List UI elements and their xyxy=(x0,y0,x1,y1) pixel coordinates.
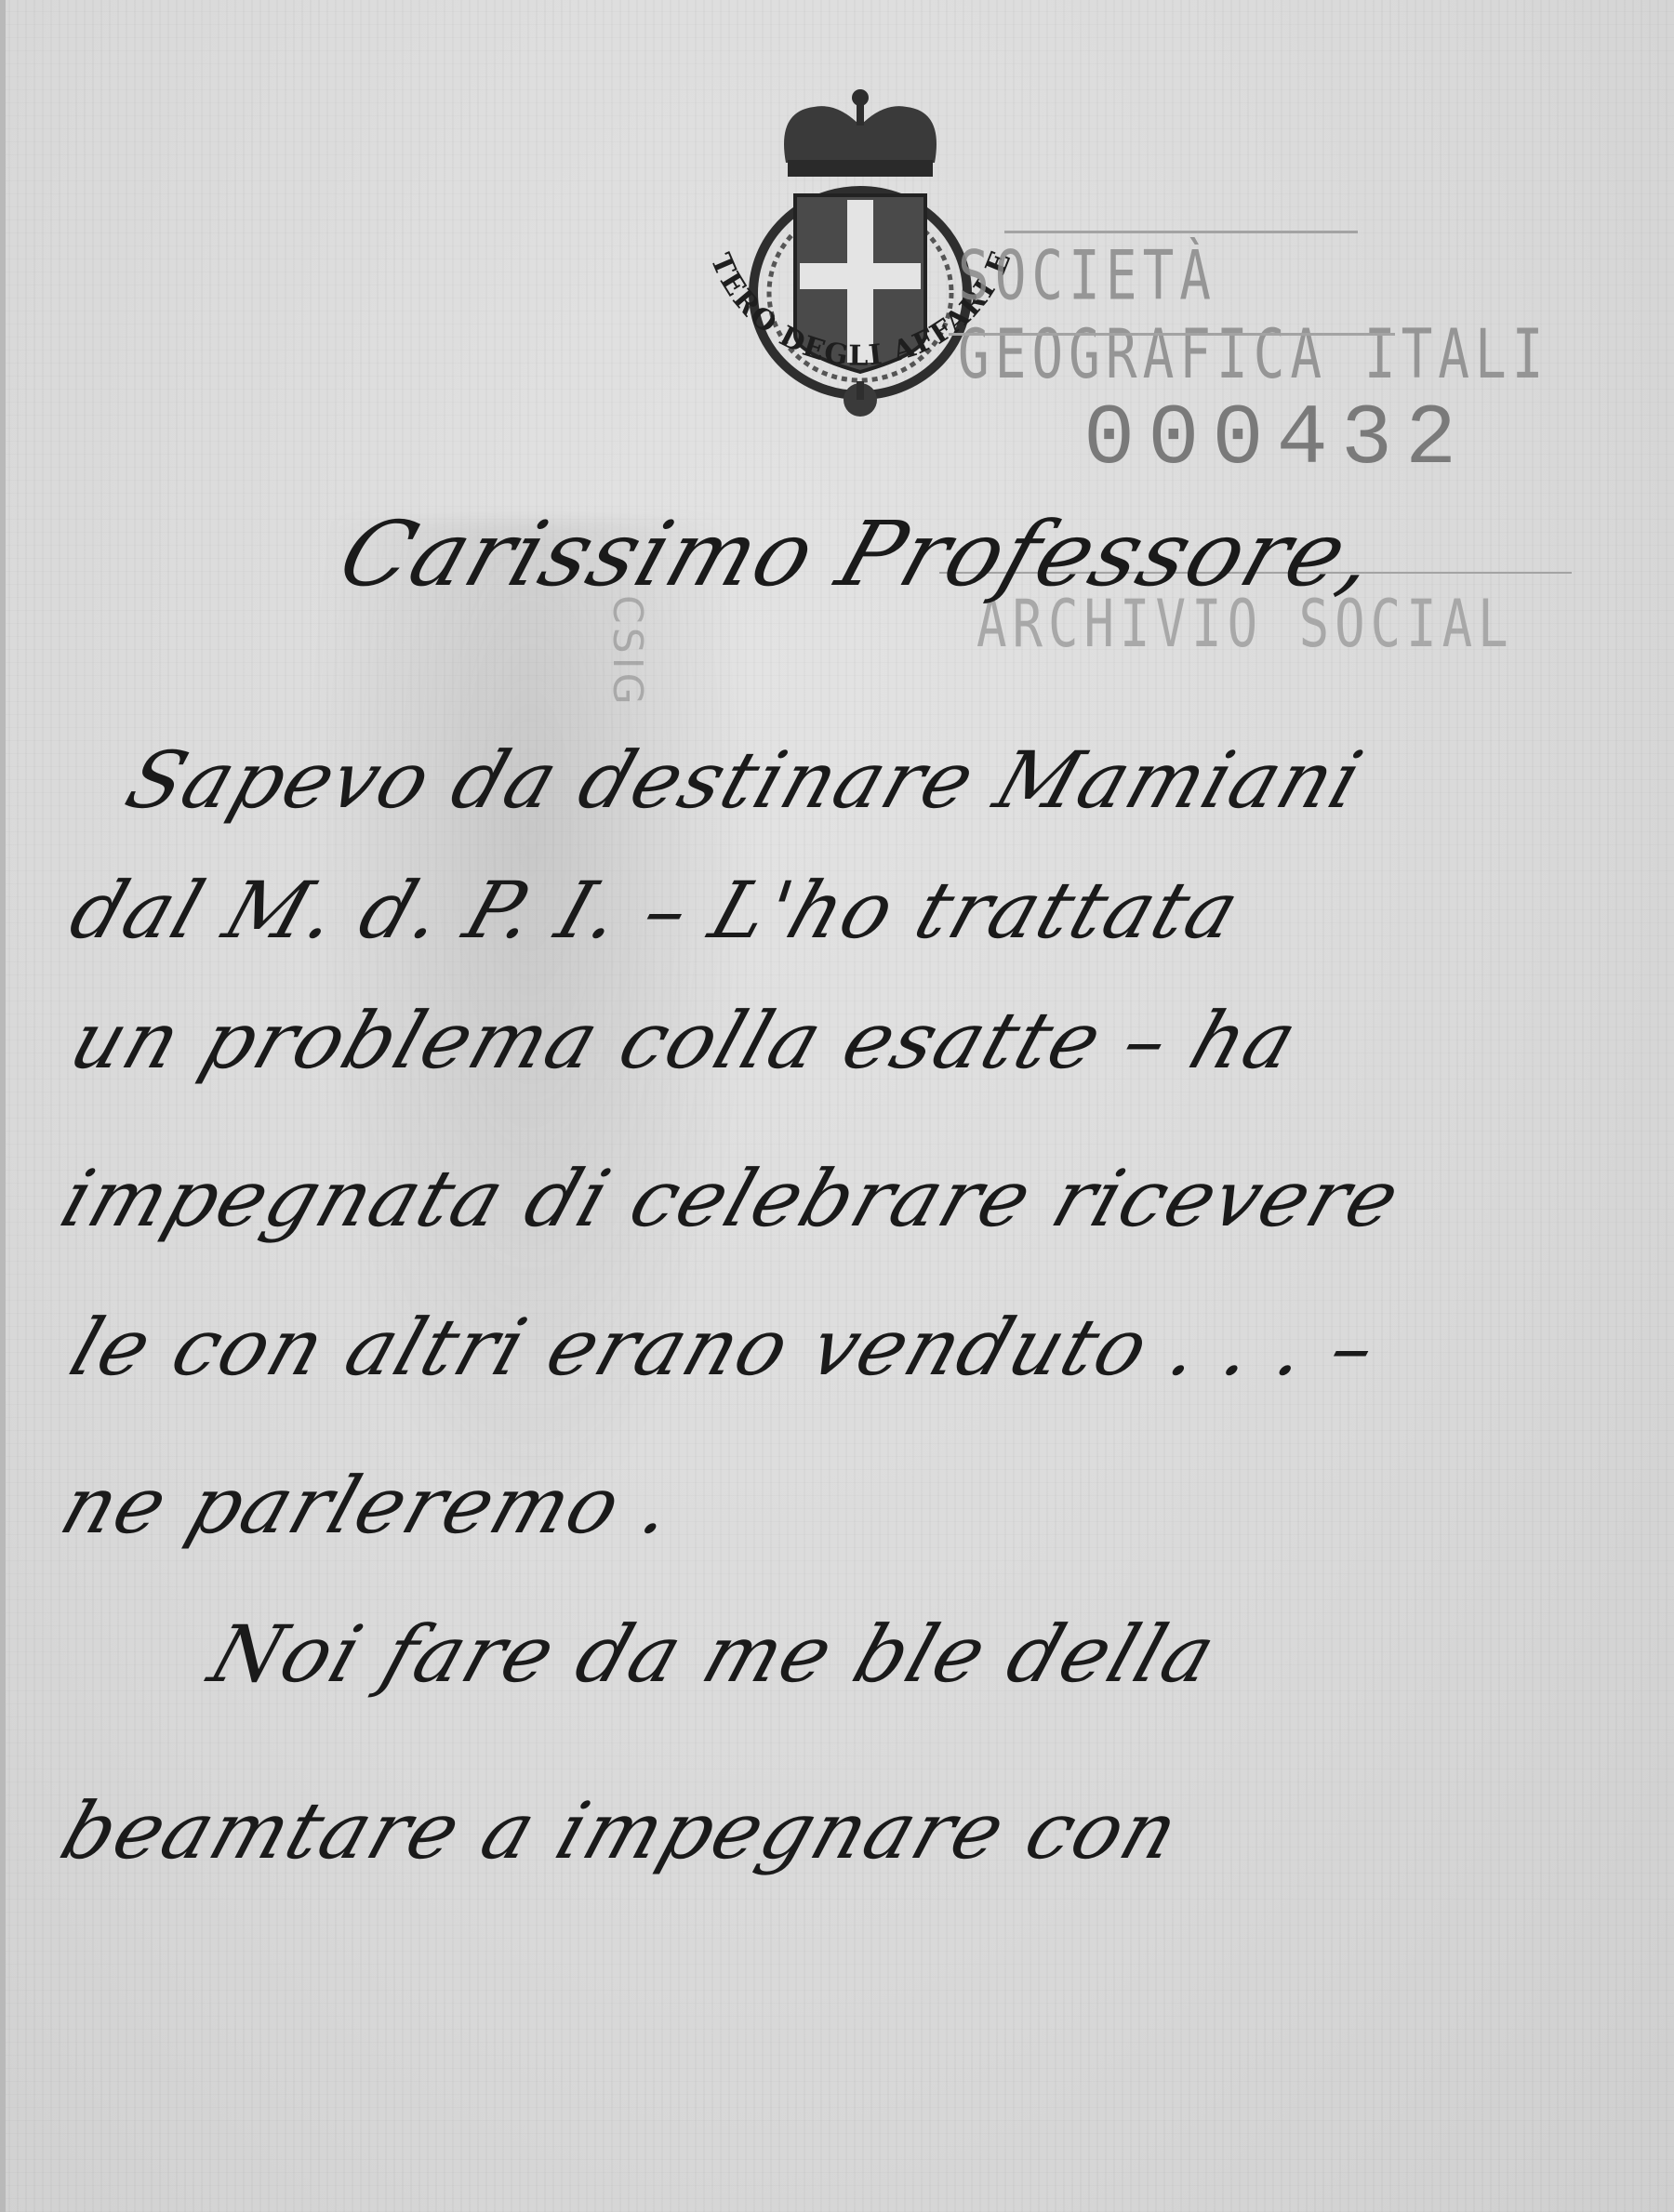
stamp-rule-middle xyxy=(949,333,1395,336)
faint-bleed-through-mark: CSIG xyxy=(604,595,651,709)
stamp-organization: SOCIETÀ GEOGRAFICA ITALI xyxy=(958,237,1581,394)
letter-line: impegnata di celebrare ricevere xyxy=(50,1153,1412,1244)
letter-line: ne parleremo . xyxy=(50,1460,686,1551)
letter-line: Noi fare da me ble della xyxy=(199,1609,1228,1700)
letter-line: le con altri erano venduto . . . – xyxy=(60,1302,1389,1393)
letter-line: Sapevo da destinare Mamiani xyxy=(115,735,1375,826)
letter-line: dal M. d. P. I. – L'ho trattata xyxy=(60,865,1252,956)
letter-line: un problema colla esatte – ha xyxy=(60,995,1309,1086)
letter-salutation: Carissimo Professore, xyxy=(327,502,1391,606)
page-edge xyxy=(0,0,6,2212)
stamp-number: 000432 xyxy=(1083,391,1469,488)
letter-line: beamtare a impegnare con xyxy=(50,1785,1190,1876)
stamp-rule-top xyxy=(1004,231,1358,233)
